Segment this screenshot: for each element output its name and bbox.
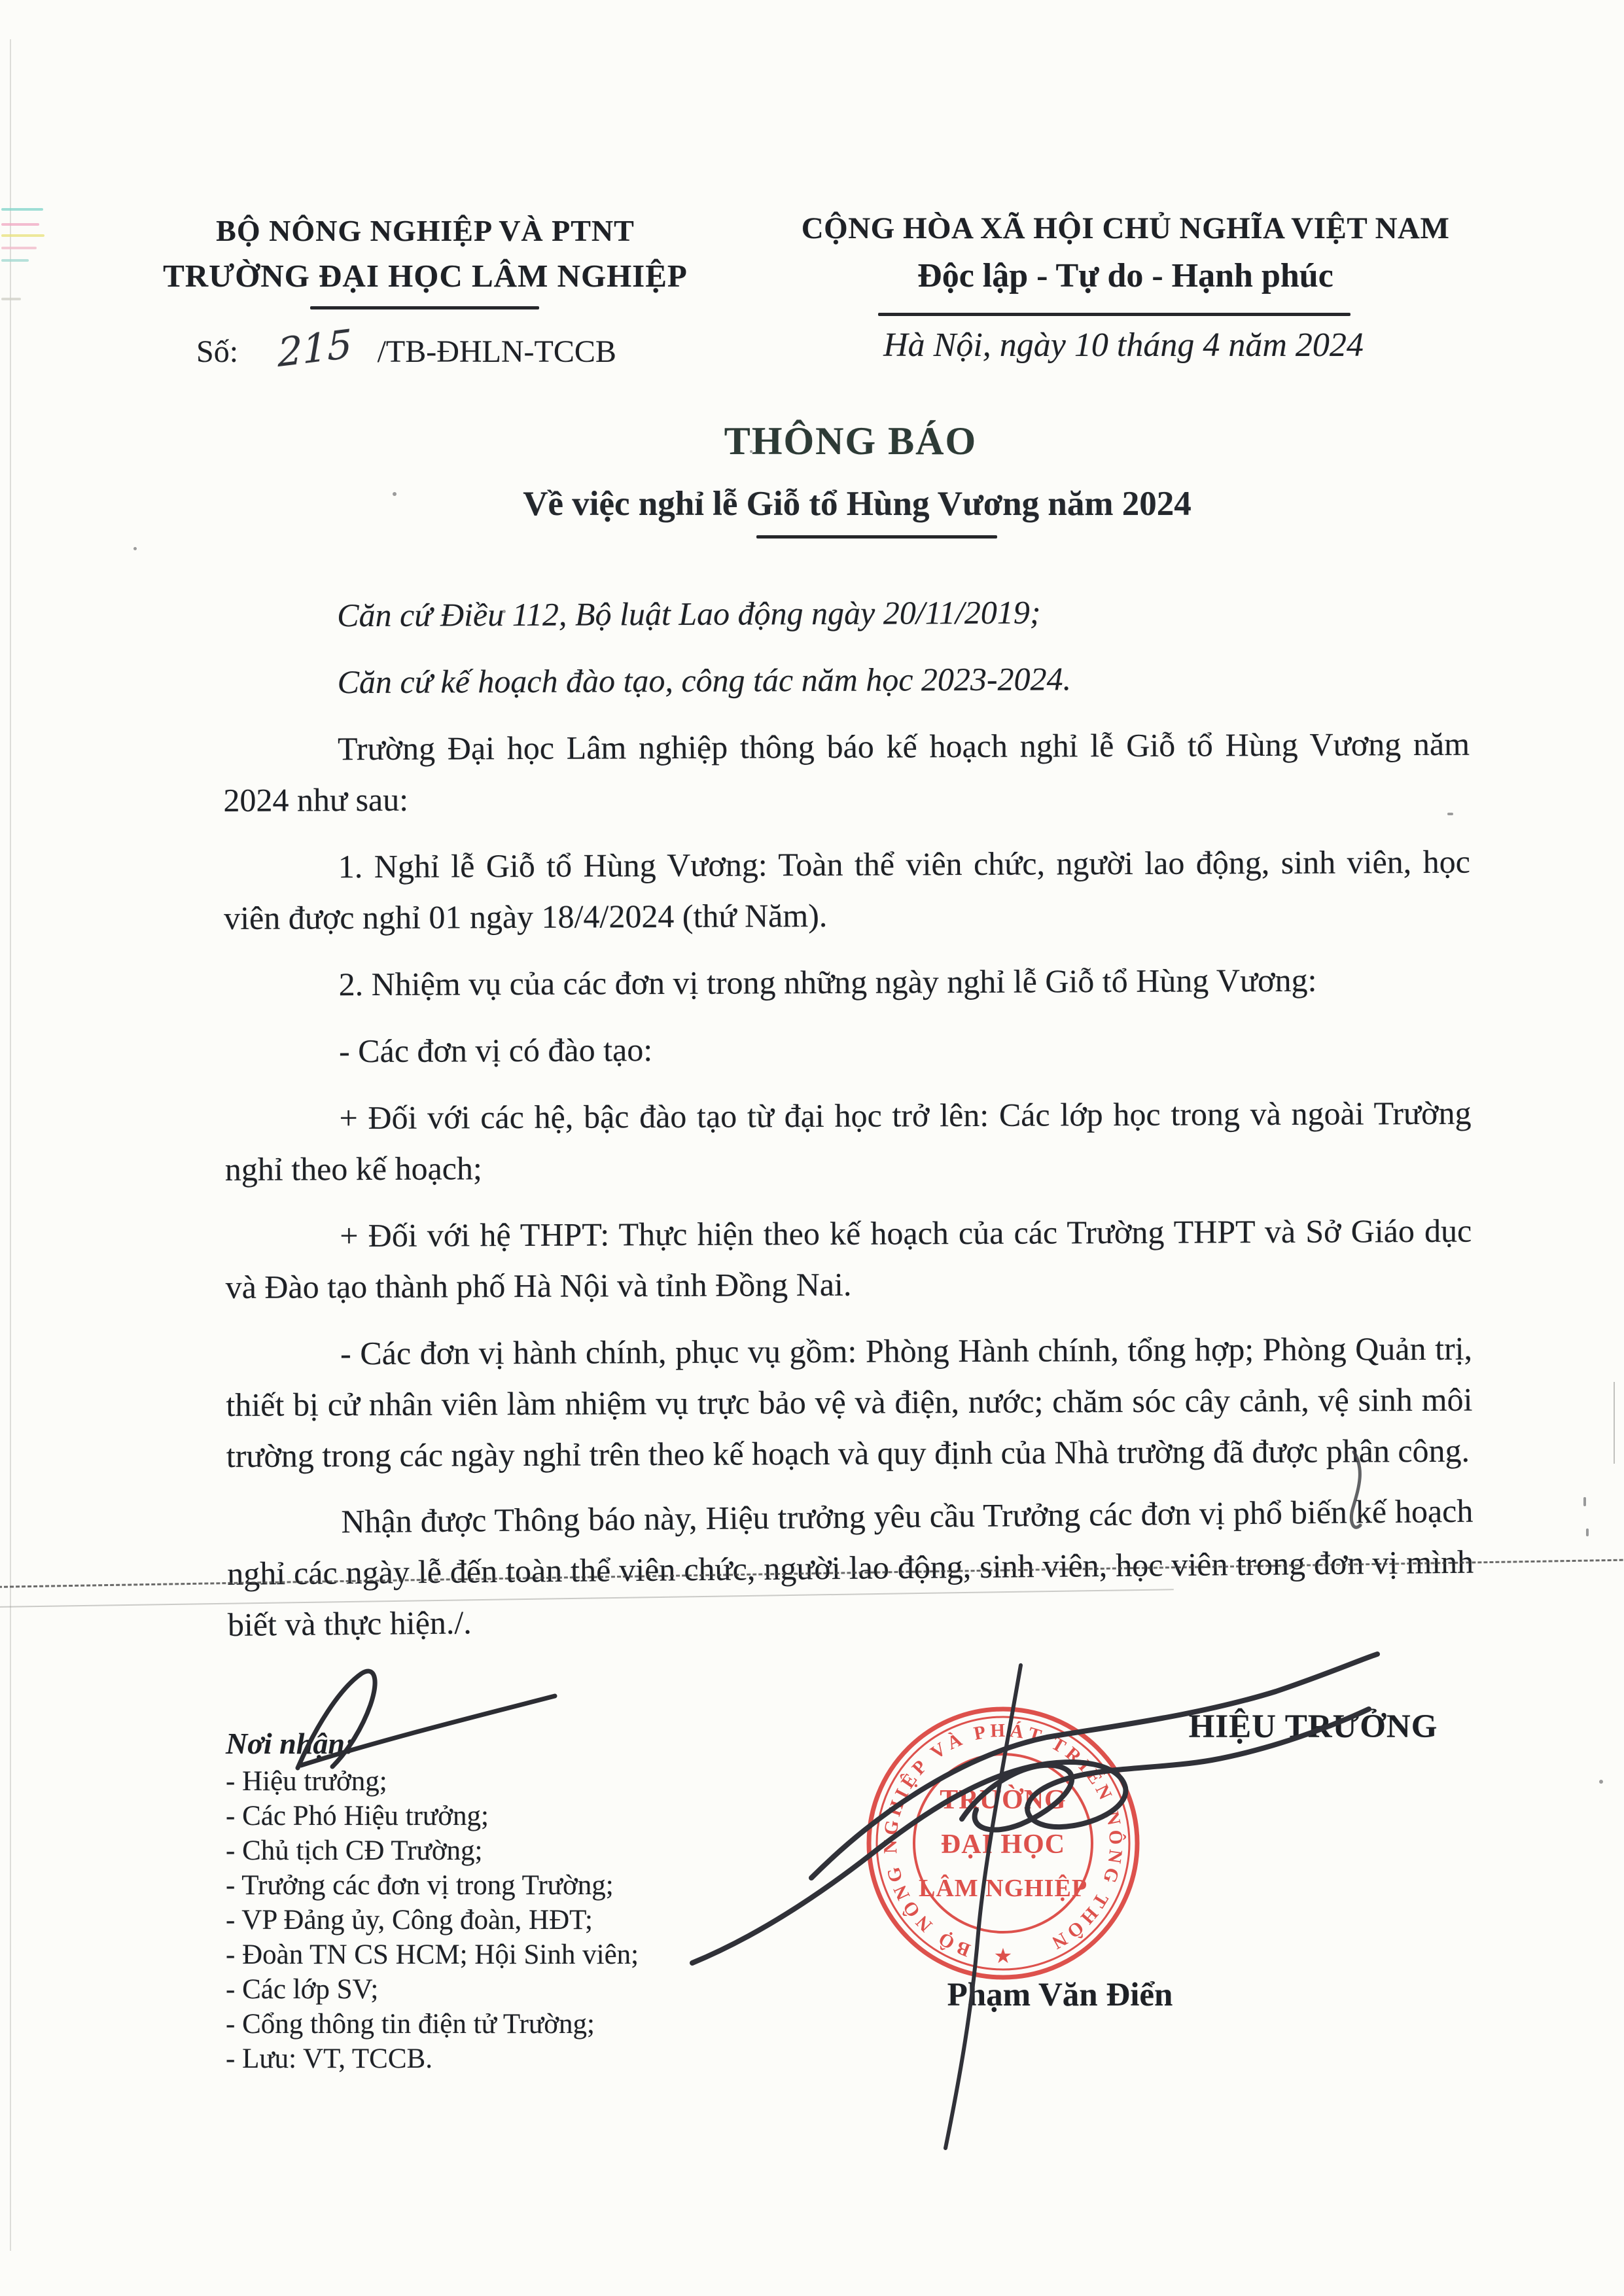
body-paragraph: - Các đơn vị có đào tạo: bbox=[224, 1021, 1471, 1077]
issuer-university: TRƯỜNG ĐẠI HỌC LÂM NGHIỆP bbox=[137, 257, 713, 294]
document-number-label: Số: bbox=[196, 334, 238, 370]
document-title: THÔNG BÁO bbox=[589, 419, 1112, 464]
motto-underline bbox=[878, 313, 1350, 316]
body-paragraph: 1. Nghỉ lễ Giỗ tổ Hùng Vương: Toàn thể v… bbox=[224, 836, 1471, 944]
document-body: Căn cứ Điều 112, Bộ luật Lao động ngày 2… bbox=[222, 585, 1474, 1666]
document-number: Số: 215 /TB-ĐHLN-TCCB bbox=[196, 326, 616, 372]
body-paragraph: + Đối với các hệ, bậc đào tạo từ đại học… bbox=[224, 1087, 1472, 1195]
issuer-underline bbox=[310, 306, 539, 309]
scan-edge-line-artifact bbox=[10, 39, 11, 2251]
document-subtitle: Về việc nghỉ lễ Giỗ tổ Hùng Vương năm 20… bbox=[399, 484, 1315, 523]
scan-speck-artifact bbox=[393, 492, 397, 496]
scan-color-tick-artifact bbox=[1, 298, 21, 300]
pen-squiggle-artifact bbox=[1338, 1449, 1384, 1541]
body-paragraph: Căn cứ Điều 112, Bộ luật Lao động ngày 2… bbox=[222, 585, 1469, 641]
subtitle-underline bbox=[756, 535, 997, 539]
scanned-document-page: BỘ NÔNG NGHIỆP VÀ PTNT TRƯỜNG ĐẠI HỌC LÂ… bbox=[0, 0, 1624, 2296]
issuer-block: BỘ NÔNG NGHIỆP VÀ PTNT TRƯỜNG ĐẠI HỌC LÂ… bbox=[137, 213, 713, 294]
scan-color-tick-artifact bbox=[1, 223, 39, 226]
signature-scribble bbox=[654, 1603, 1472, 2192]
document-number-handwritten: 215 bbox=[277, 321, 353, 376]
scan-edge-line-right-artifact bbox=[1614, 1382, 1615, 1464]
paraph-scribble bbox=[262, 1649, 602, 1786]
body-paragraph: - Các đơn vị hành chính, phục vụ gồm: Ph… bbox=[226, 1323, 1473, 1481]
scan-dash-artifact bbox=[1586, 1528, 1589, 1536]
body-paragraph: Trường Đại học Lâm nghiệp thông báo kế h… bbox=[223, 718, 1470, 826]
national-name: CỘNG HÒA XÃ HỘI CHỦ NGHĨA VIỆT NAM bbox=[746, 211, 1505, 246]
national-motto: Độc lập - Tự do - Hạnh phúc bbox=[746, 256, 1505, 295]
scan-color-tick-artifact bbox=[1, 208, 43, 211]
body-paragraph: Căn cứ kế hoạch đào tạo, công tác năm họ… bbox=[222, 652, 1469, 708]
issuer-ministry: BỘ NÔNG NGHIỆP VÀ PTNT bbox=[137, 213, 713, 248]
scan-color-tick-artifact bbox=[1, 234, 44, 237]
scan-speck-artifact bbox=[133, 547, 137, 550]
body-paragraph: 2. Nhiệm vụ của các đơn vị trong những n… bbox=[224, 954, 1470, 1010]
scan-color-tick-artifact bbox=[1, 259, 29, 262]
scan-color-tick-artifact bbox=[1, 247, 37, 249]
body-paragraph: + Đối với hệ THPT: Thực hiện theo kế hoạ… bbox=[225, 1205, 1472, 1313]
scan-dash-artifact bbox=[1583, 1497, 1586, 1506]
scan-speck-artifact bbox=[1599, 1780, 1603, 1784]
national-header-block: CỘNG HÒA XÃ HỘI CHỦ NGHĨA VIỆT NAM Độc l… bbox=[746, 211, 1505, 295]
dateline: Hà Nội, ngày 10 tháng 4 năm 2024 bbox=[796, 326, 1451, 364]
document-number-suffix: /TB-ĐHLN-TCCB bbox=[378, 334, 616, 370]
